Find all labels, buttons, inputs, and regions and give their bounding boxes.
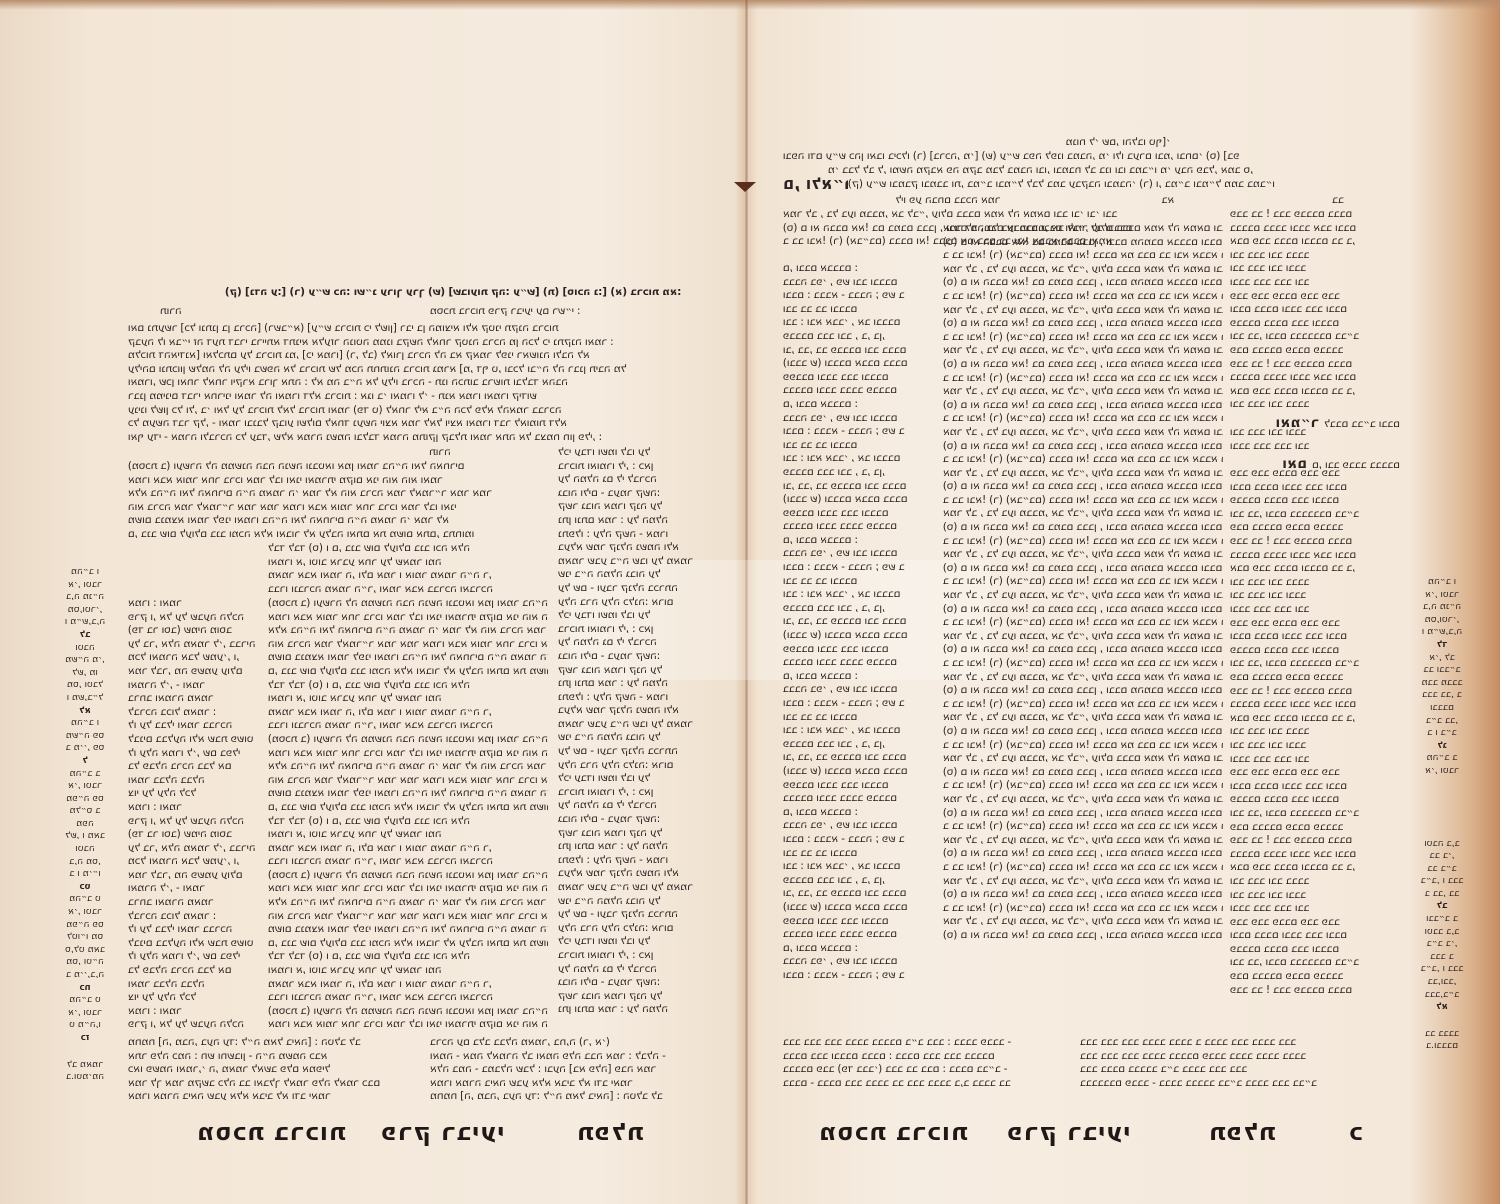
left-bottom-commentary-a: מחמח [ה, מבה, בעה עד: ל״ה מאל ביאה] : הט… <box>128 1036 418 1104</box>
left-top-note: (ק) [נדה ע:] (ר) ע״ש כה: וש״נ ערוך ערך (… <box>225 286 725 300</box>
right-gemara-column: אמר לב , בל בעו מבבמ, אב לב״, עולם בבבם … <box>943 222 1223 942</box>
right-footer-tractate: מסכת ברכות <box>818 1118 967 1146</box>
right-bottom-commentary-b: בבב בבב בבב בבבב בבבב ב בבבב בבב בבבב בב… <box>1080 1036 1400 1090</box>
left-center-column: (מסכת ב) ועשרה לה ממשנה הבה הנשה ונבטאו … <box>128 460 548 542</box>
right-outer-commentary: פבב בב ! בבב פבבבם בבבם בבבבם בבבב ובבב … <box>1230 208 1400 997</box>
right-top-notes-2: מ׳ בבל לב ל, ומשה מקבא פה מקב מבל במבה ו… <box>828 164 1468 178</box>
bold-entry-2: ואם ם, ובב פבבב בבבבם <box>1230 453 1400 467</box>
right-header-center: בא <box>1138 194 1198 208</box>
left-center-continuation: לבד לבד (ס) ו ם, בנב שום לעולם בנב וכה א… <box>268 542 548 596</box>
right-top-notes-3: (ק) ע״ש ובמבק ובמבב ות, במ״ב ובמ״ל לבל ב… <box>848 178 1468 192</box>
right-top-note-head: מנוח ל׳ שם, והלבו טף]׳ <box>988 136 1248 150</box>
left-header-left: מסכת ברכות פרק רביעי עם רש״י : <box>430 305 730 319</box>
right-header-right: בב <box>1308 194 1368 208</box>
left-footer-tractate: מסכת ברכות <box>196 1118 345 1146</box>
right-footer-chapter-number: רביעי <box>1066 1118 1130 1146</box>
right-header-left: ליו פע הבחם בבכה אמר <box>848 194 1048 208</box>
left-gemara-column: (מסכת ב) ועשרה לה ממשנה הבה הנשה ונבטאו … <box>268 597 548 1032</box>
left-section-marker: תורה <box>400 446 480 460</box>
left-inner-commentary: אמרו : ואמר פרק ו, אל על שבעה הלכה (פד ב… <box>128 597 260 1032</box>
left-header-right: תורה <box>160 305 360 319</box>
right-margin-glosses: מה״ב ו א׳, וטבר ב,ה מנ״ה מס,וטר׳, ו מ״ש,… <box>1402 576 1482 1053</box>
right-top-notes: ובפה ודם ע״ש כהן ואבו ביכלו (ר) [ברכה, מ… <box>783 150 1468 164</box>
book-spread: (ק) [נדה ע:] (ר) ע״ש כה: וש״נ ערוך ערך (… <box>0 0 1500 1204</box>
left-bottom-commentary-b: ברכה עם בלב בבלה מאמר, בח,ה (ר, א׳) ואמה… <box>430 1036 726 1104</box>
left-main-block: ואם נתעשר [כל ונתנן בן ברכה] (רשב״א) [ע״… <box>128 322 726 444</box>
left-side-commentary: לכי עבדו ושמו לבו על ברכות ואומרו לי, : … <box>558 446 726 1017</box>
left-footer-chapter: פרק <box>380 1118 431 1146</box>
bold-entry-1: ואמ״ר לבבם בב״ב ובבם <box>1230 412 1400 426</box>
right-inner-commentary: ם, ובבם אבבבם : בבבה בפ׳ , פש ובב ובבבם … <box>783 262 935 982</box>
right-corner-heading: ם, ולא״ם ער, <box>783 174 848 194</box>
right-footer-page-letter: כ <box>1348 1118 1363 1146</box>
right-footer-chapter: פרק <box>1006 1118 1057 1146</box>
left-footer-chapter-number: רביעי <box>440 1118 504 1146</box>
right-page: מנוח ל׳ שם, והלבו טף]׳ ובפה ודם ע״ש כהן … <box>748 0 1500 1204</box>
left-page: (ק) [נדה ע:] (ר) ע״ש כה: וש״נ ערוך ערך (… <box>0 0 745 1204</box>
left-footer-chapter-name: תפלת <box>576 1118 643 1146</box>
right-footer-chapter-name: תפלת <box>1208 1118 1275 1146</box>
right-bottom-commentary-a: בבב בבב בבב בבבב בבבבם ב״ב בבב : בבבב פב… <box>783 1036 1073 1090</box>
left-margin-glosses: מה״ב ו א׳, וטבר ב,ה מנ״ה מס,וטר׳, ו מ״ש,… <box>40 566 130 1084</box>
